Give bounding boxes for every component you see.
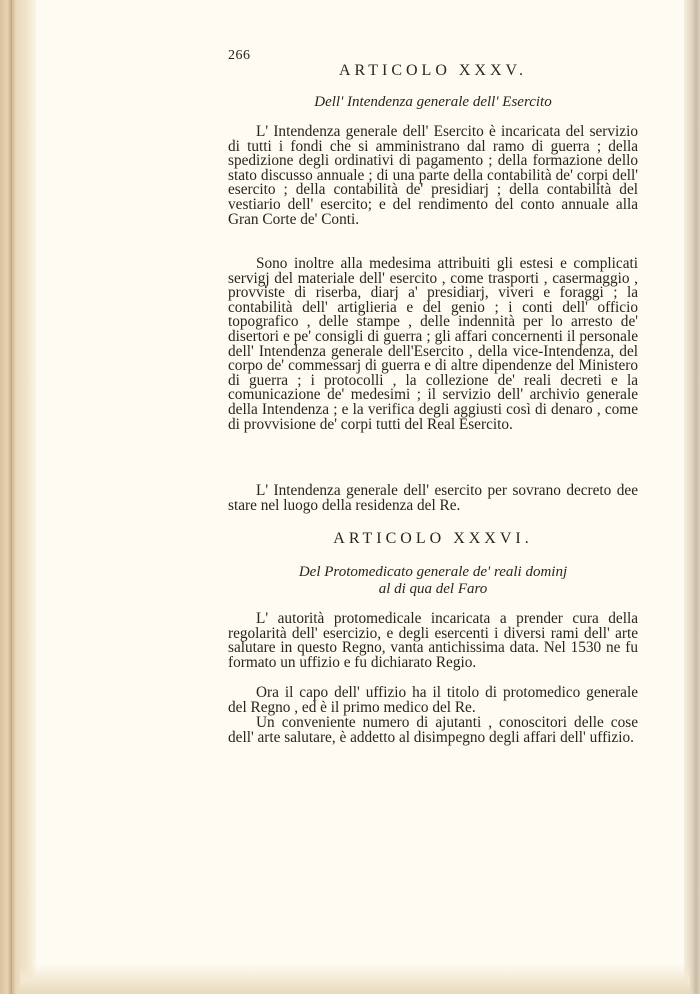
article-36-subtitle-line-1: Del Protomedicato generale de' reali dom… — [228, 564, 638, 581]
book-binding-left — [0, 0, 36, 994]
article-36-paragraph-1: L' autorità protomedicale incaricata a p… — [228, 612, 638, 670]
article-35-subtitle: Dell' Intendenza generale dell' Esercito — [228, 94, 638, 111]
article-35-paragraph-2: Sono inoltre alla medesima attribuiti gl… — [228, 257, 638, 432]
article-35-title: ARTICOLO XXXV. — [228, 62, 638, 80]
article-35-paragraph-1: L' Intendenza generale dell' Esercito è … — [228, 125, 638, 227]
page-edge-right — [684, 0, 700, 994]
page-edge-bottom — [20, 964, 690, 994]
article-36-paragraph-3: Un conveniente numero di ajutanti , cono… — [228, 716, 638, 745]
article-36-subtitle-line-2: al di qua del Faro — [228, 581, 638, 598]
article-36-title: ARTICOLO XXXVI. — [228, 530, 638, 548]
article-36-paragraph-2: Ora il capo dell' uffizio ha il titolo d… — [228, 686, 638, 715]
article-35-paragraph-3: L' Intendenza generale dell' esercito pe… — [228, 484, 638, 513]
